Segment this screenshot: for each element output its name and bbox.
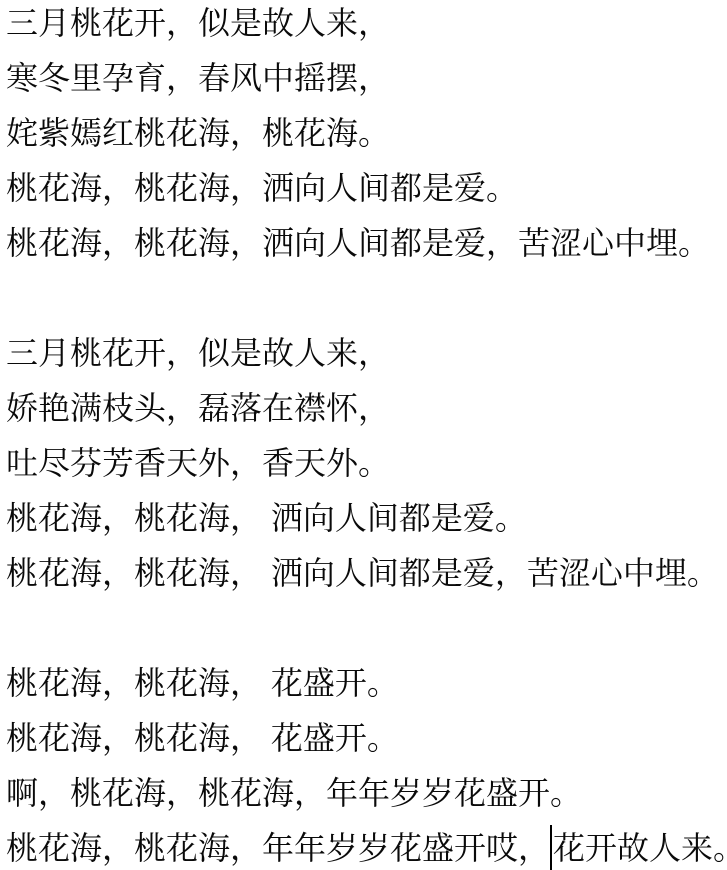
stanza-3: 桃花海，桃花海， 花盛开。 桃花海，桃花海， 花盛开。 啊，桃花海，桃花海，年年…	[6, 656, 727, 870]
lyric-line[interactable]: 寒冬里孕育，春风中摇摆，	[6, 51, 727, 106]
lyric-line[interactable]: 桃花海，桃花海， 花盛开。	[6, 711, 727, 766]
lyric-line[interactable]: 桃花海，桃花海， 洒向人间都是爱。	[6, 491, 727, 546]
lyric-line[interactable]: 桃花海，桃花海， 花盛开。	[6, 656, 727, 711]
document-text-area[interactable]: 三月桃花开，似是故人来， 寒冬里孕育，春风中摇摆， 姹紫嫣红桃花海，桃花海。 桃…	[0, 0, 727, 870]
lyric-line[interactable]: 三月桃花开，似是故人来，	[6, 0, 727, 51]
text-after-cursor: 花开故人来。	[553, 830, 727, 866]
lyric-line[interactable]: 桃花海，桃花海， 洒向人间都是爱，苦涩心中埋。	[6, 546, 727, 601]
lyric-line-with-cursor[interactable]: 桃花海，桃花海，年年岁岁花盛开哎，花开故人来。	[6, 821, 727, 870]
lyric-line[interactable]: 桃花海，桃花海，洒向人间都是爱。	[6, 161, 727, 216]
lyric-line[interactable]: 桃花海，桃花海，洒向人间都是爱，苦涩心中埋。	[6, 216, 727, 271]
stanza-1: 三月桃花开，似是故人来， 寒冬里孕育，春风中摇摆， 姹紫嫣红桃花海，桃花海。 桃…	[6, 0, 727, 271]
lyric-line[interactable]: 啊，桃花海，桃花海，年年岁岁花盛开。	[6, 766, 727, 821]
lyric-line[interactable]: 吐尽芬芳香天外，香天外。	[6, 436, 727, 491]
lyric-line[interactable]: 姹紫嫣红桃花海，桃花海。	[6, 106, 727, 161]
text-before-cursor: 桃花海，桃花海，年年岁岁花盛开哎，	[6, 830, 550, 866]
text-cursor	[550, 825, 552, 870]
lyric-line[interactable]: 娇艳满枝头，磊落在襟怀，	[6, 381, 727, 436]
lyric-line[interactable]: 三月桃花开，似是故人来，	[6, 326, 727, 381]
stanza-2: 三月桃花开，似是故人来， 娇艳满枝头，磊落在襟怀， 吐尽芬芳香天外，香天外。 桃…	[6, 326, 727, 601]
